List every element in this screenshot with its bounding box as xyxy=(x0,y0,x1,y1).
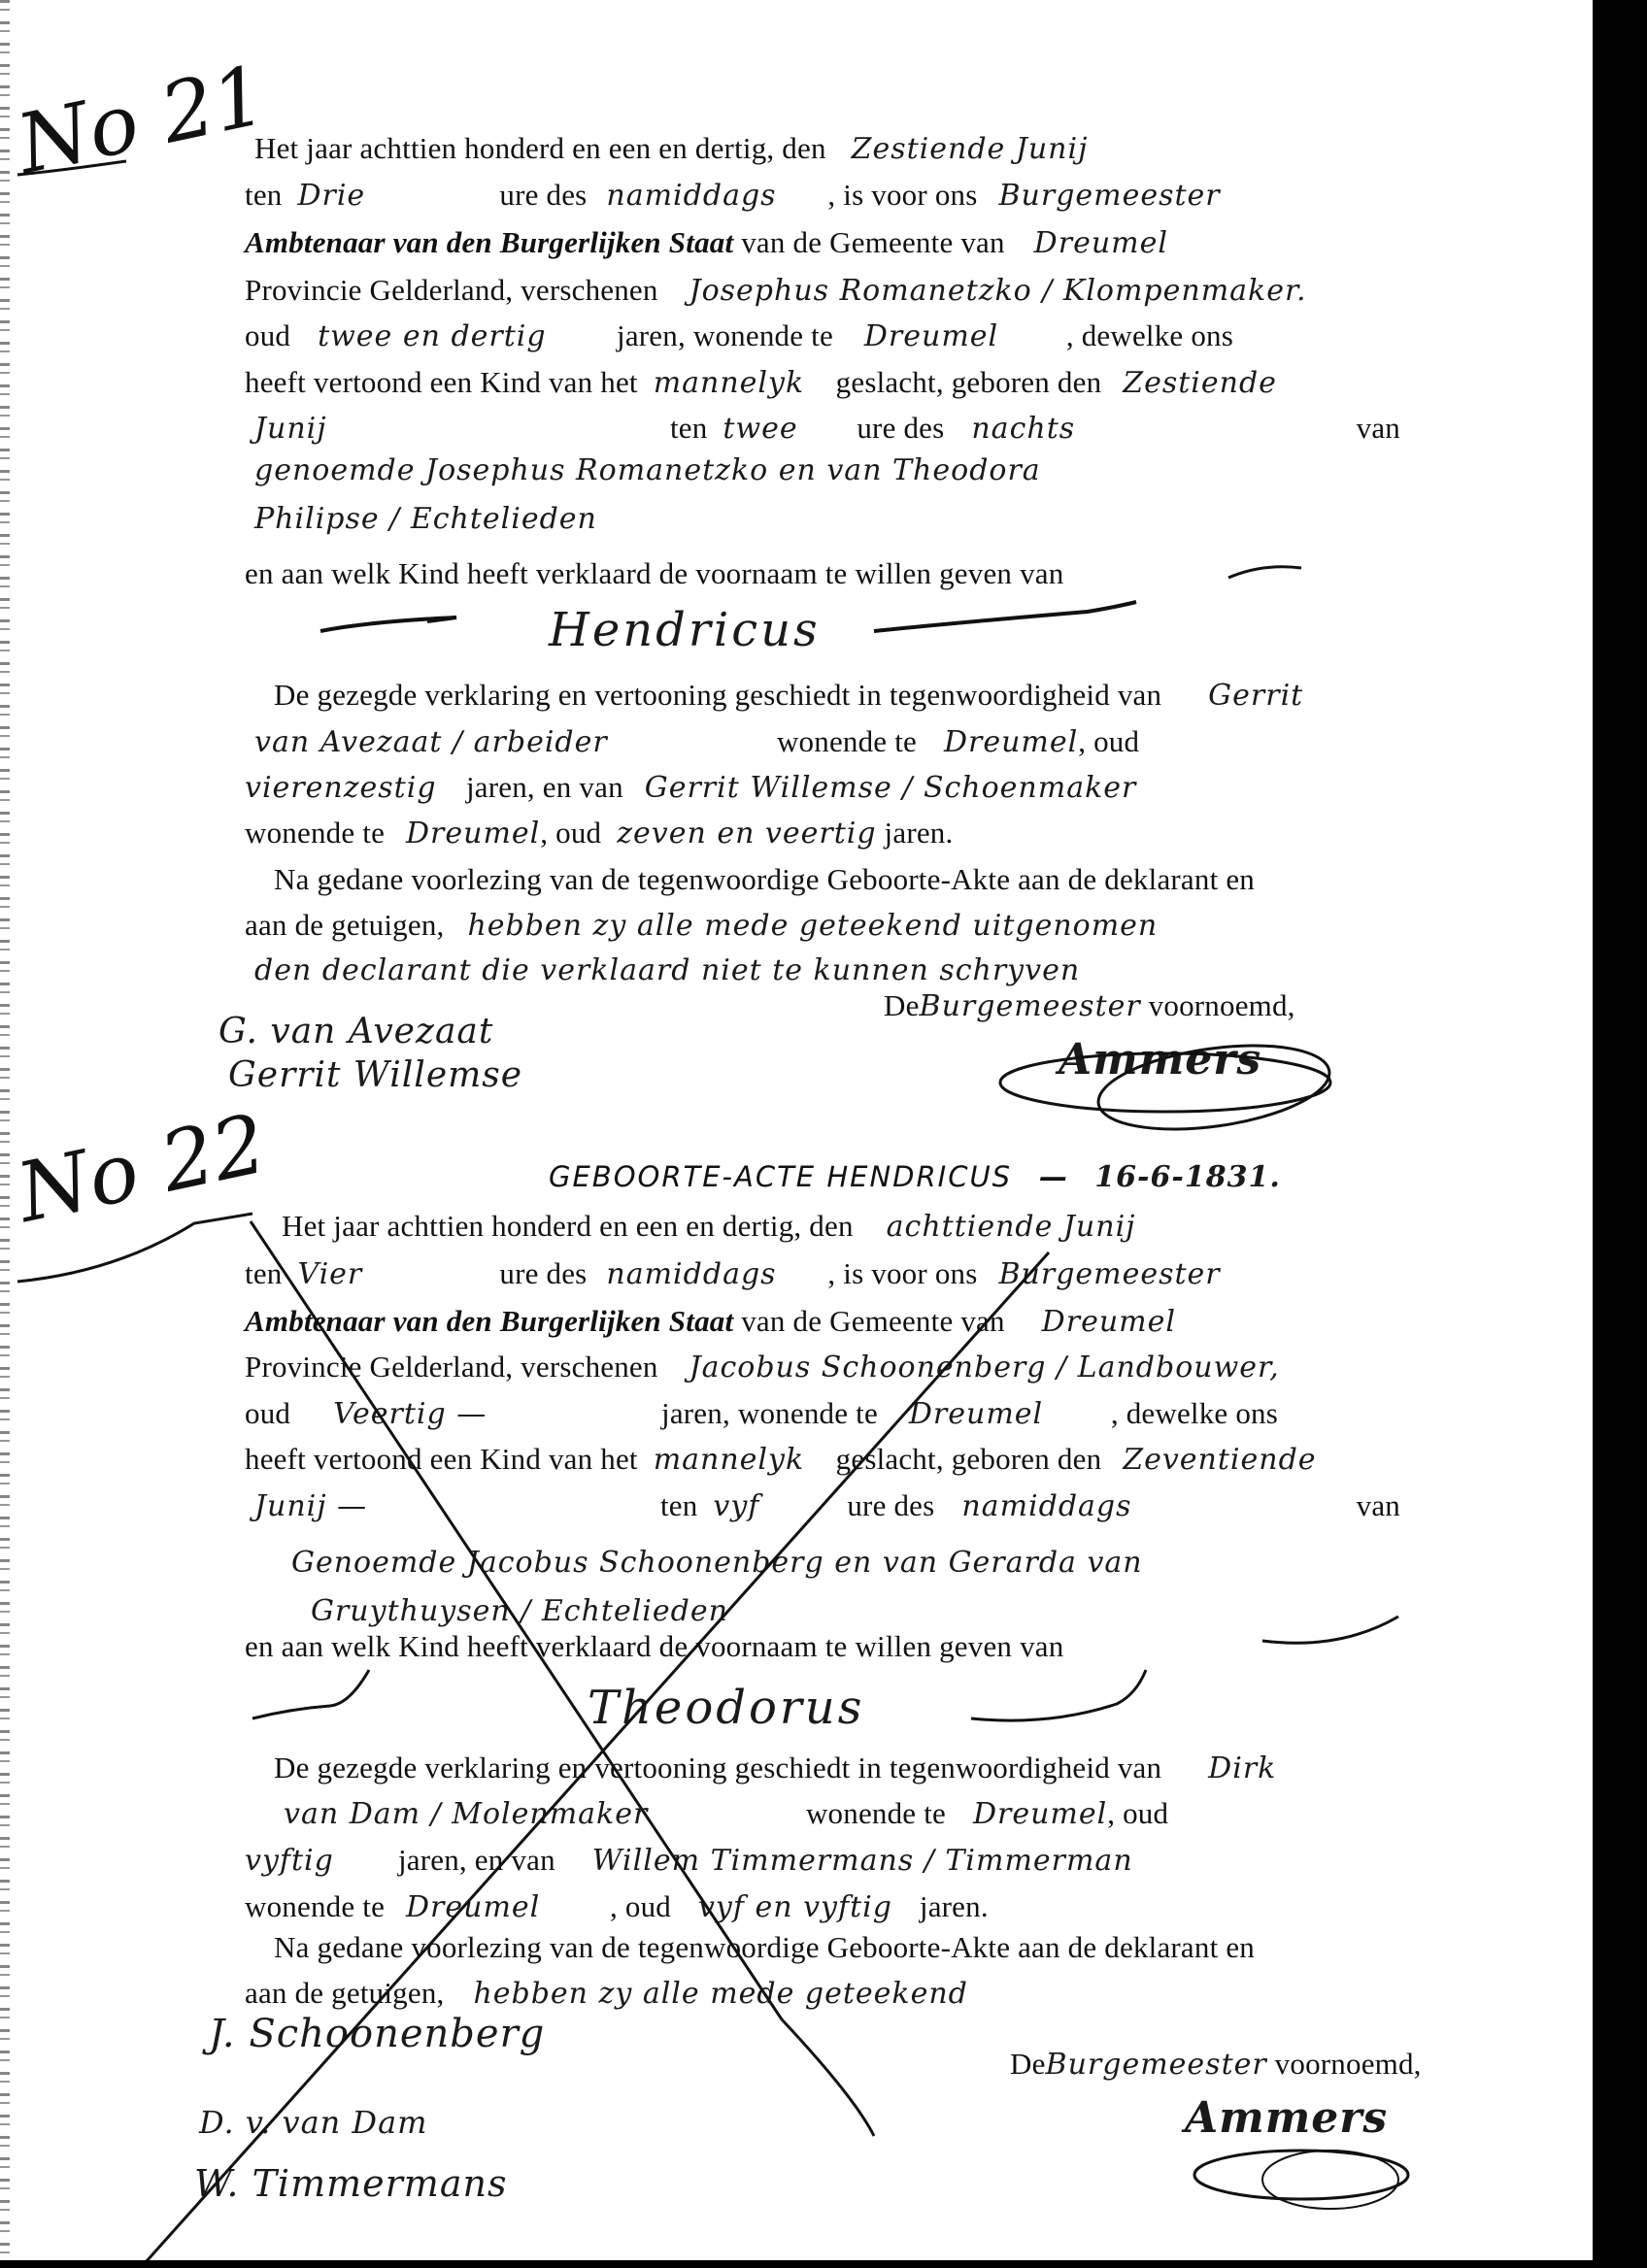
signature-witness1: J. Schoonenberg xyxy=(209,2015,545,2053)
printed-text: ten xyxy=(245,178,282,212)
handwritten-date: achttiende Junij xyxy=(887,1210,1136,1244)
handwritten-signing-note: hebben zy alle mede geteekend uitgenomen xyxy=(467,909,1158,943)
printed-text: , oud xyxy=(610,1889,671,1923)
handwritten-witness2: Willem Timmermans / Timmerman xyxy=(592,1844,1133,1878)
printed-text: De gezegde verklaring en vertooning gesc… xyxy=(274,1751,1161,1784)
printed-text: aan de getuigen, xyxy=(245,1976,444,2010)
handwritten-title: Burgemeester xyxy=(998,1257,1220,1291)
printed-text: ure des xyxy=(847,1488,934,1522)
handwritten-title: Burgemeester xyxy=(998,179,1220,213)
act1-line4: Provincie Gelderland, verschenen Josephu… xyxy=(245,275,1307,306)
printed-text: wonende te xyxy=(245,816,385,850)
handwritten-witness1: van Avezaat / arbeider xyxy=(254,728,769,757)
handwritten-day-part: namiddags xyxy=(606,1260,820,1289)
handwritten-place: Dreumel xyxy=(973,1797,1107,1831)
act-number-22: No 22 xyxy=(10,1096,274,1241)
handwritten-day-part: nachts xyxy=(971,412,1075,446)
printed-text: ten xyxy=(670,411,707,445)
act1-line12: van Avezaat / arbeider wonende te Dreume… xyxy=(254,726,1139,757)
act1-line15: Na gedane voorlezing van de tegenwoordig… xyxy=(274,864,1255,894)
printed-text: jaren. xyxy=(920,1889,989,1923)
printed-text: De xyxy=(1010,2047,1046,2081)
printed-text: Provincie Gelderland, verschenen xyxy=(245,1350,658,1384)
act1-line5: oud twee en dertig jaren, wonende te Dre… xyxy=(245,320,1233,351)
printed-text: De xyxy=(884,988,920,1022)
handwritten-hour: Drie xyxy=(297,182,491,211)
act1-parents-line2: Philipse / Echtelieden xyxy=(254,505,597,534)
act1-line6: heeft vertoond een Kind van het mannelyk… xyxy=(245,367,1277,398)
printed-text: voornoemd, xyxy=(1149,988,1295,1022)
handwritten-place: Dreumel xyxy=(944,725,1078,759)
register-page: No 21 Het jaar achttien honderd en een e… xyxy=(0,0,1593,2260)
signature-mayor: Ammers xyxy=(1185,2097,1388,2140)
act2-line11: De gezegde verklaring en vertooning gesc… xyxy=(274,1752,1276,1784)
signature-witness2: Gerrit Willemse xyxy=(228,1058,522,1093)
printed-text: van de Gemeente van xyxy=(741,1304,1004,1338)
handwritten-day-part: namiddags xyxy=(961,1489,1131,1523)
act1-line13: vierenzestig jaren, en van Gerrit Willem… xyxy=(245,772,1136,803)
handwritten-hour: twee xyxy=(723,415,849,444)
act1-line7: Junij ten twee ure des nachts van xyxy=(254,413,1400,444)
act2-child-name: Theodorus xyxy=(588,1684,864,1731)
handwritten-witness-first: Gerrit xyxy=(1208,679,1303,713)
act1-line2: ten Drie ure des namiddags , is voor ons… xyxy=(245,180,1221,211)
handwritten-date: Zestiende Junij xyxy=(852,132,1089,166)
act2-line7: Junij — ten vyf ure des namiddags van xyxy=(254,1490,1400,1521)
act1-parents-line: genoemde Josephus Romanetzko en van Theo… xyxy=(254,456,1041,485)
act2-line10: en aan welk Kind heeft verklaard de voor… xyxy=(245,1631,1063,1661)
dash-stroke xyxy=(1228,567,1301,578)
act1-line14: wonende te Dreumel, oud zeven en veertig… xyxy=(245,817,953,849)
printed-text: ten xyxy=(660,1488,697,1522)
handwritten-place: Dreumel xyxy=(406,817,540,850)
act2-line3: Ambtenaar van den Burgerlijken Staat van… xyxy=(245,1306,1176,1337)
handwritten-day-part: namiddags xyxy=(606,182,820,211)
handwritten-signing-note: hebben zy alle mede geteekend xyxy=(473,1977,967,2011)
printed-text: Provincie Gelderland, verschenen xyxy=(245,273,658,307)
printed-text: Het jaar achttien honderd en een en dert… xyxy=(254,131,826,165)
printed-text: , is voor ons xyxy=(827,1256,977,1290)
printed-italic-text: Ambtenaar van den Burgerlijken Staat xyxy=(245,1304,733,1338)
printed-text: van xyxy=(1357,1490,1400,1520)
handwritten-place: Dreumel xyxy=(406,1893,610,1922)
printed-text: , oud xyxy=(540,816,601,850)
printed-text: oud xyxy=(245,318,290,352)
act1-line16: aan de getuigen, hebben zy alle mede get… xyxy=(245,910,1158,941)
printed-text: ure des xyxy=(499,178,587,212)
printed-text: wonende te xyxy=(245,1889,385,1923)
handwritten-witness2: Gerrit Willemse / Schoenmaker xyxy=(645,771,1137,805)
printed-text: geslacht, geboren den xyxy=(836,365,1102,399)
printed-text: van de Gemeente van xyxy=(741,225,1004,259)
handwritten-title: Burgemeester xyxy=(1046,2048,1267,2082)
printed-text: jaren, wonende te xyxy=(617,318,833,352)
signature-witness2: D. v. van Dam xyxy=(199,2107,428,2138)
printed-text: voornoemd, xyxy=(1275,2047,1422,2081)
act1-line3: Ambtenaar van den Burgerlijken Staat van… xyxy=(245,227,1168,258)
act2-line14: wonende te Dreumel, oud vyf en vyftig ja… xyxy=(245,1891,989,1922)
printed-text: , dewelke ons xyxy=(1066,318,1233,352)
handwritten-hour: vyf xyxy=(713,1492,839,1521)
printed-text: heeft vertoond een Kind van het xyxy=(245,365,638,399)
printed-text: van xyxy=(1357,413,1400,443)
act2-line4: Provincie Gelderland, verschenen Jacobus… xyxy=(245,1351,1280,1383)
caption-date: 16-6-1831. xyxy=(1094,1160,1280,1194)
handwritten-hour: Vier xyxy=(297,1260,491,1289)
printed-text: oud xyxy=(245,1396,290,1430)
printed-text: , is voor ons xyxy=(827,178,977,212)
handwritten-birth-date: Zestiende xyxy=(1123,366,1277,400)
flourish-left-stroke xyxy=(252,1670,369,1718)
signature-witness1: G. van Avezaat xyxy=(218,1015,493,1050)
signature-flourish xyxy=(1194,2151,1408,2199)
caption-stamp: GEBOORTE-ACTE HENDRICUS — 16-6-1831. xyxy=(549,1160,1281,1194)
handwritten-title: Burgemeester xyxy=(920,989,1141,1023)
act2-line13: vyftig jaren, en van Willem Timmermans /… xyxy=(245,1845,1133,1876)
dash-stroke xyxy=(1262,1617,1398,1643)
act1-line11: De gezegde verklaring en vertooning gesc… xyxy=(274,680,1303,711)
printed-text: Het jaar achttien honderd en een en dert… xyxy=(282,1209,854,1243)
act1-child-name: Hendricus xyxy=(549,607,821,653)
printed-text: , oud xyxy=(1078,724,1139,758)
handwritten-age: twee en dertig xyxy=(318,322,609,351)
printed-text: jaren. xyxy=(885,816,954,850)
act1-line10: en aan welk Kind heeft verklaard de voor… xyxy=(245,558,1063,588)
handwritten-sex: mannelyk xyxy=(654,369,828,398)
flourish-right-stroke xyxy=(971,1670,1146,1720)
handwritten-witness1: van Dam / Molenmaker xyxy=(284,1800,798,1829)
signature-mayor: Ammers xyxy=(1059,1039,1261,1082)
printed-text: ure des xyxy=(857,411,944,445)
printed-text: ure des xyxy=(499,1256,587,1290)
act1-signing-note-2: den declarant die verklaard niet te kunn… xyxy=(254,956,1080,985)
act2-line1: Het jaar achttien honderd en een en dert… xyxy=(282,1211,1135,1242)
handwritten-municipality: Dreumel xyxy=(1034,226,1168,260)
printed-text: De gezegde verklaring en vertooning gesc… xyxy=(274,678,1161,712)
scan-edge-noise xyxy=(0,0,10,2260)
printed-text: , dewelke ons xyxy=(1111,1396,1278,1430)
handwritten-age: zeven en veertig xyxy=(617,817,876,850)
handwritten-declarant: Jacobus Schoonenberg / Landbouwer, xyxy=(689,1351,1280,1384)
handwritten-month: Junij xyxy=(254,415,662,444)
printed-text: jaren, en van xyxy=(466,770,623,804)
handwritten-witness-first: Dirk xyxy=(1208,1751,1276,1785)
caption-dash: — xyxy=(1039,1160,1069,1193)
handwritten-sex: mannelyk xyxy=(654,1446,828,1475)
flourish-right-stroke xyxy=(874,602,1136,631)
handwritten-birth-date: Zeventiende xyxy=(1123,1443,1316,1477)
act2-line6: heeft vertoond een Kind van het mannelyk… xyxy=(245,1444,1317,1475)
handwritten-place: Dreumel xyxy=(909,1400,1103,1429)
handwritten-place: Dreumel xyxy=(864,322,1059,351)
printed-text: ten xyxy=(245,1256,282,1290)
flourish-left-stroke xyxy=(320,617,456,631)
act2-line16: aan de getuigen, hebben zy alle mede get… xyxy=(245,1978,968,2009)
printed-italic-text: Ambtenaar van den Burgerlijken Staat xyxy=(245,225,733,259)
handwritten-month: Junij — xyxy=(254,1492,653,1521)
handwritten-age: vyf en vyftig xyxy=(698,1893,912,1922)
act-number-21: No 21 xyxy=(10,48,274,192)
handwritten-age: Veertig — xyxy=(333,1400,654,1429)
signature-flourish xyxy=(1262,2151,1398,2209)
handwritten-age: vyftig xyxy=(245,1847,390,1876)
handwritten-municipality: Dreumel xyxy=(1042,1305,1176,1339)
printed-text: heeft vertoond een Kind van het xyxy=(245,1442,638,1476)
caption-label: GEBOORTE-ACTE HENDRICUS xyxy=(549,1160,1012,1193)
act2-line15: Na gedane voorlezing van de tegenwoordig… xyxy=(274,1932,1255,1962)
handwritten-age: vierenzestig xyxy=(245,774,458,803)
printed-text: wonende te xyxy=(777,724,917,758)
printed-text: , oud xyxy=(1107,1796,1168,1830)
printed-text: jaren, en van xyxy=(398,1843,555,1877)
printed-text: geslacht, geboren den xyxy=(836,1442,1102,1476)
printed-text: jaren, wonende te xyxy=(661,1396,878,1430)
act2-parents-line: Genoemde Jacobus Schoonenberg en van Ger… xyxy=(291,1549,1143,1578)
act1-mayor-line: DeBurgemeester voornoemd, xyxy=(884,990,1295,1021)
cross-out-line-1-tail xyxy=(782,2019,874,2136)
act2-parents-line2: Gruythuysen / Echtelieden xyxy=(311,1597,728,1626)
act1-line1: Het jaar achttien honderd en een en dert… xyxy=(254,133,1088,164)
signature-witness3: W. Timmermans xyxy=(194,2165,507,2202)
act2-mayor-line: DeBurgemeester voornoemd, xyxy=(1010,2049,1422,2080)
printed-text: wonende te xyxy=(806,1796,946,1830)
act2-line2: ten Vier ure des namiddags , is voor ons… xyxy=(245,1258,1221,1289)
printed-text: aan de getuigen, xyxy=(245,908,444,942)
act2-line5: oud Veertig — jaren, wonende te Dreumel … xyxy=(245,1398,1278,1429)
handwritten-declarant: Josephus Romanetzko / Klompenmaker. xyxy=(689,274,1307,308)
act2-line12: van Dam / Molenmaker wonende te Dreumel,… xyxy=(254,1798,1168,1829)
